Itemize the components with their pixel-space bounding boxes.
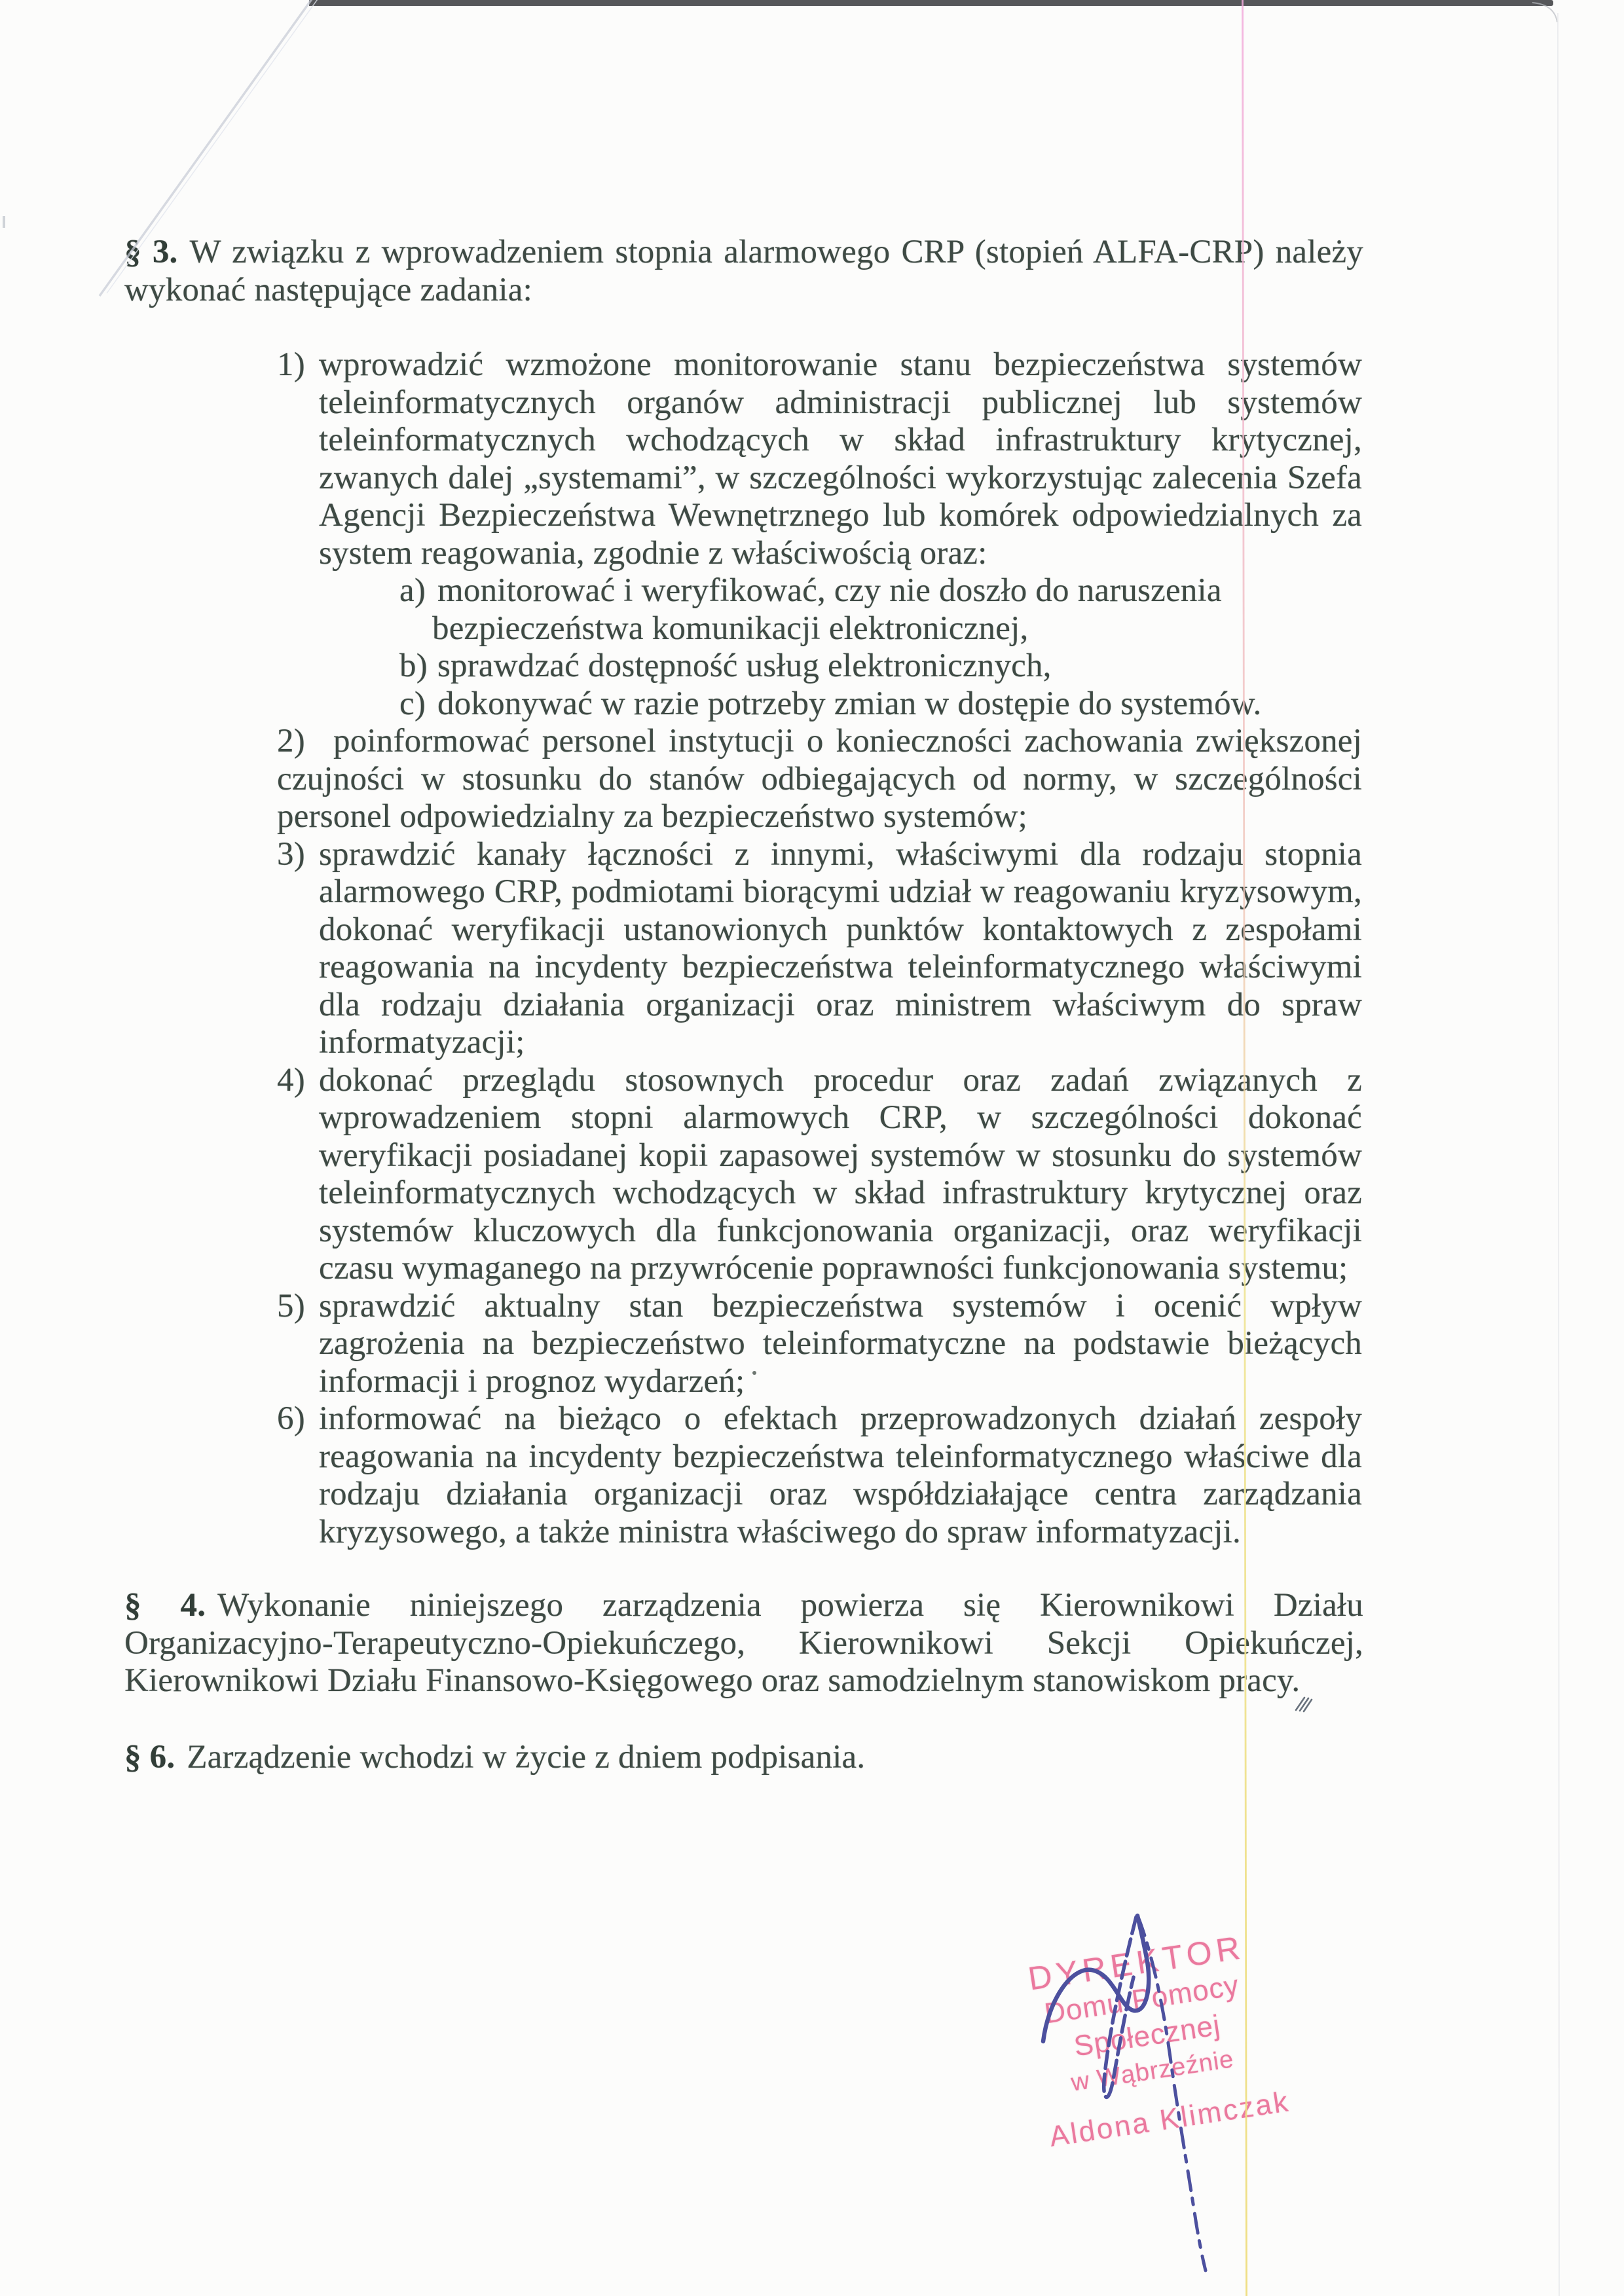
- sub-task-a-text: monitorować i weryfikować, czy nie doszł…: [432, 572, 1222, 647]
- task-item-5: 5)sprawdzić aktualny stan bezpieczeństwa…: [277, 1288, 1362, 1401]
- task-4-text: dokonać przeglądu stosownych procedur or…: [319, 1062, 1362, 1287]
- task-item-6: 6)informować na bieżąco o efektach przep…: [277, 1400, 1362, 1551]
- page-right-edge-line: [1558, 13, 1559, 2296]
- section-4-paragraph: § 4.Wykonanie niniejszego zarządzenia po…: [124, 1587, 1363, 1700]
- task-item-3: 3)sprawdzić kanały łączności z innymi, w…: [277, 836, 1362, 1062]
- scan-top-edge-bar: [309, 0, 1553, 6]
- sub-task-c-marker: c): [399, 685, 437, 723]
- section-4-label: § 4.: [124, 1587, 206, 1624]
- task-3-marker: 3): [277, 836, 319, 874]
- sub-task-c-text: dokonywać w razie potrzeby zmian w dostę…: [437, 685, 1261, 722]
- task-2-marker: 2): [277, 723, 333, 761]
- task-item-2: 2)poinformować personel instytucji o kon…: [277, 723, 1362, 836]
- sub-task-b-marker: b): [399, 647, 437, 685]
- sub-task-a-marker: a): [399, 572, 437, 610]
- task-4-marker: 4): [277, 1062, 319, 1100]
- director-rubber-stamp: DYREKTOR Domu Pomocy Społecznej w Wąbrze…: [972, 1920, 1325, 2162]
- task-6-text: informować na bieżąco o efektach przepro…: [319, 1400, 1362, 1550]
- task-item-4: 4)dokonać przeglądu stosownych procedur …: [277, 1062, 1362, 1288]
- section-6-paragraph: § 6.Zarządzenie wchodzi w życie z dniem …: [124, 1739, 1363, 1777]
- sub-task-b: b)sprawdzać dostępność usług elektronicz…: [399, 647, 1362, 685]
- sub-task-a: a)monitorować i weryfikować, czy nie dos…: [399, 572, 1362, 647]
- task-item-1: 1)wprowadzić wzmożone monitorowanie stan…: [277, 346, 1362, 723]
- sub-task-b-text: sprawdzać dostępność usług elektroniczny…: [437, 647, 1052, 684]
- section-3-label: § 3.: [124, 234, 178, 270]
- left-margin-speck: [3, 216, 5, 228]
- section-3-paragraph: § 3.W związku z wprowadzeniem stopnia al…: [124, 234, 1363, 309]
- task-6-marker: 6): [277, 1400, 319, 1438]
- task-2-text: poinformować personel instytucji o konie…: [277, 723, 1362, 835]
- section-4-text: Wykonanie niniejszego zarządzenia powier…: [124, 1587, 1363, 1699]
- scanned-document-page: § 3.W związku z wprowadzeniem stopnia al…: [0, 0, 1624, 2296]
- task-5-text: sprawdzić aktualny stan bezpieczeństwa s…: [319, 1288, 1362, 1400]
- task-1-marker: 1): [277, 346, 319, 384]
- section-3-text: W związku z wprowadzeniem stopnia alarmo…: [124, 234, 1363, 308]
- sub-task-list: a)monitorować i weryfikować, czy nie dos…: [399, 572, 1362, 723]
- task-3-text: sprawdzić kanały łączności z innymi, wła…: [319, 836, 1362, 1061]
- section-6-label: § 6.: [124, 1739, 175, 1776]
- task-5-marker: 5): [277, 1288, 319, 1326]
- task-1-text: wprowadzić wzmożone monitorowanie stanu …: [319, 346, 1362, 572]
- sub-task-c: c)dokonywać w razie potrzeby zmian w dos…: [399, 685, 1362, 723]
- section-6-text: Zarządzenie wchodzi w życie z dniem podp…: [187, 1739, 865, 1776]
- task-list: 1)wprowadzić wzmożone monitorowanie stan…: [277, 346, 1362, 1551]
